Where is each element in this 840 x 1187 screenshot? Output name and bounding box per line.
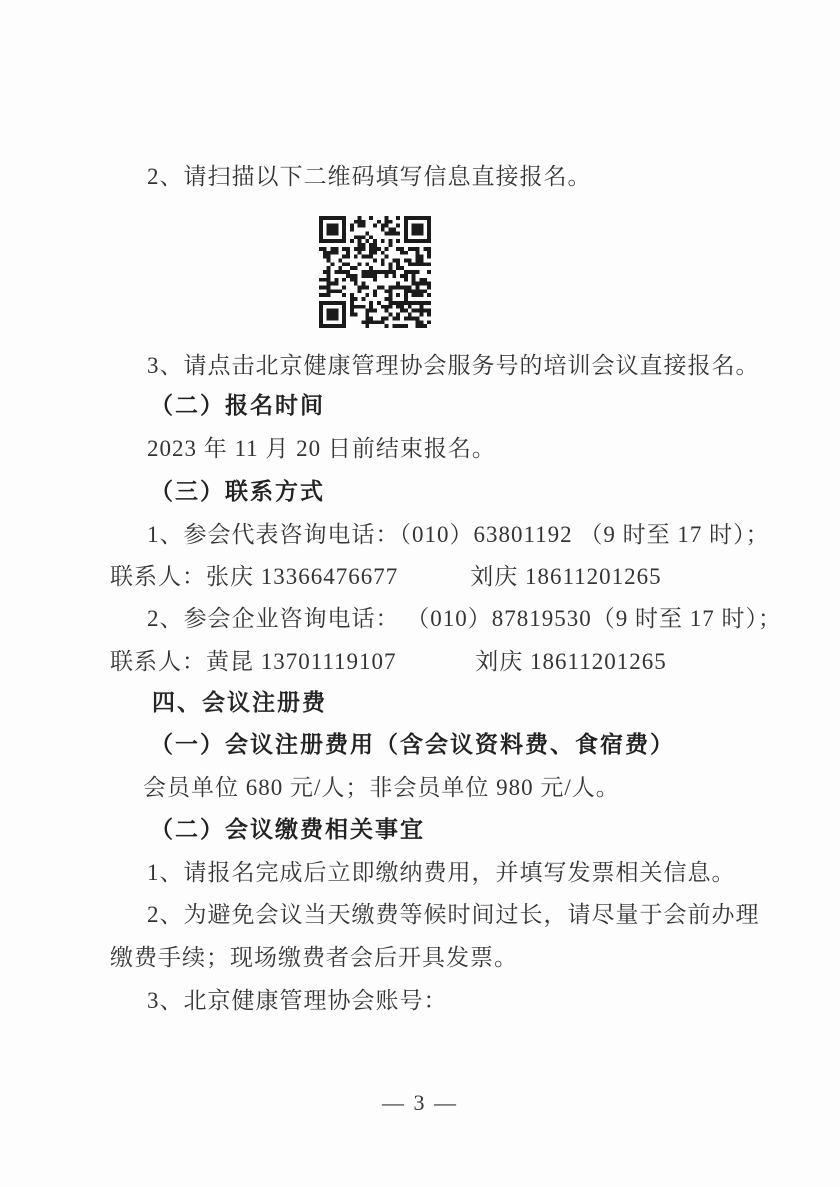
heading-contact: （三）联系方式 bbox=[150, 478, 325, 506]
fee-line: 会员单位 680 元/人；非会员单位 980 元/人。 bbox=[143, 774, 620, 802]
contact2-phone-line: 2、参会企业咨询电话： （010）87819530（9 时至 17 时）； bbox=[147, 605, 782, 633]
heading-payment: （二）会议缴费相关事宜 bbox=[150, 816, 425, 844]
payment3-line: 3、北京健康管理协会账号： bbox=[147, 987, 448, 1015]
qr-instruction-line: 2、请扫描以下二维码填写信息直接报名。 bbox=[147, 163, 592, 191]
page-number: — 3 — bbox=[0, 1090, 840, 1116]
heading-fee-detail: （一）会议注册费用（含会议资料费、食宿费） bbox=[150, 731, 675, 759]
contact1-phone-line: 1、参会代表咨询电话：（010）63801192 （9 时至 17 时）； bbox=[147, 521, 770, 549]
payment1-line: 1、请报名完成后立即缴纳费用，并填写发票相关信息。 bbox=[147, 859, 736, 887]
heading-signup-time: （二）报名时间 bbox=[150, 392, 325, 420]
payment2b-line: 缴费手续；现场缴费者会后开具发票。 bbox=[110, 944, 518, 972]
heading-registration-fee: 四、会议注册费 bbox=[152, 688, 327, 716]
registration-qr-code-icon bbox=[319, 215, 431, 329]
signup-deadline-line: 2023 年 11 月 20 日前结束报名。 bbox=[147, 435, 496, 463]
document-page: 2、请扫描以下二维码填写信息直接报名。 3、请点击北京健康管理协会服务号的培训会… bbox=[0, 0, 840, 1187]
payment2a-line: 2、为避免会议当天缴费等候时间过长，请尽量于会前办理 bbox=[147, 901, 760, 929]
service-account-line: 3、请点击北京健康管理协会服务号的培训会议直接报名。 bbox=[147, 352, 760, 380]
contact2-persons-line: 联系人：黄昆 13701119107 刘庆 18611201265 bbox=[110, 648, 667, 676]
contact1-persons-line: 联系人：张庆 13366476677 刘庆 18611201265 bbox=[110, 563, 662, 591]
